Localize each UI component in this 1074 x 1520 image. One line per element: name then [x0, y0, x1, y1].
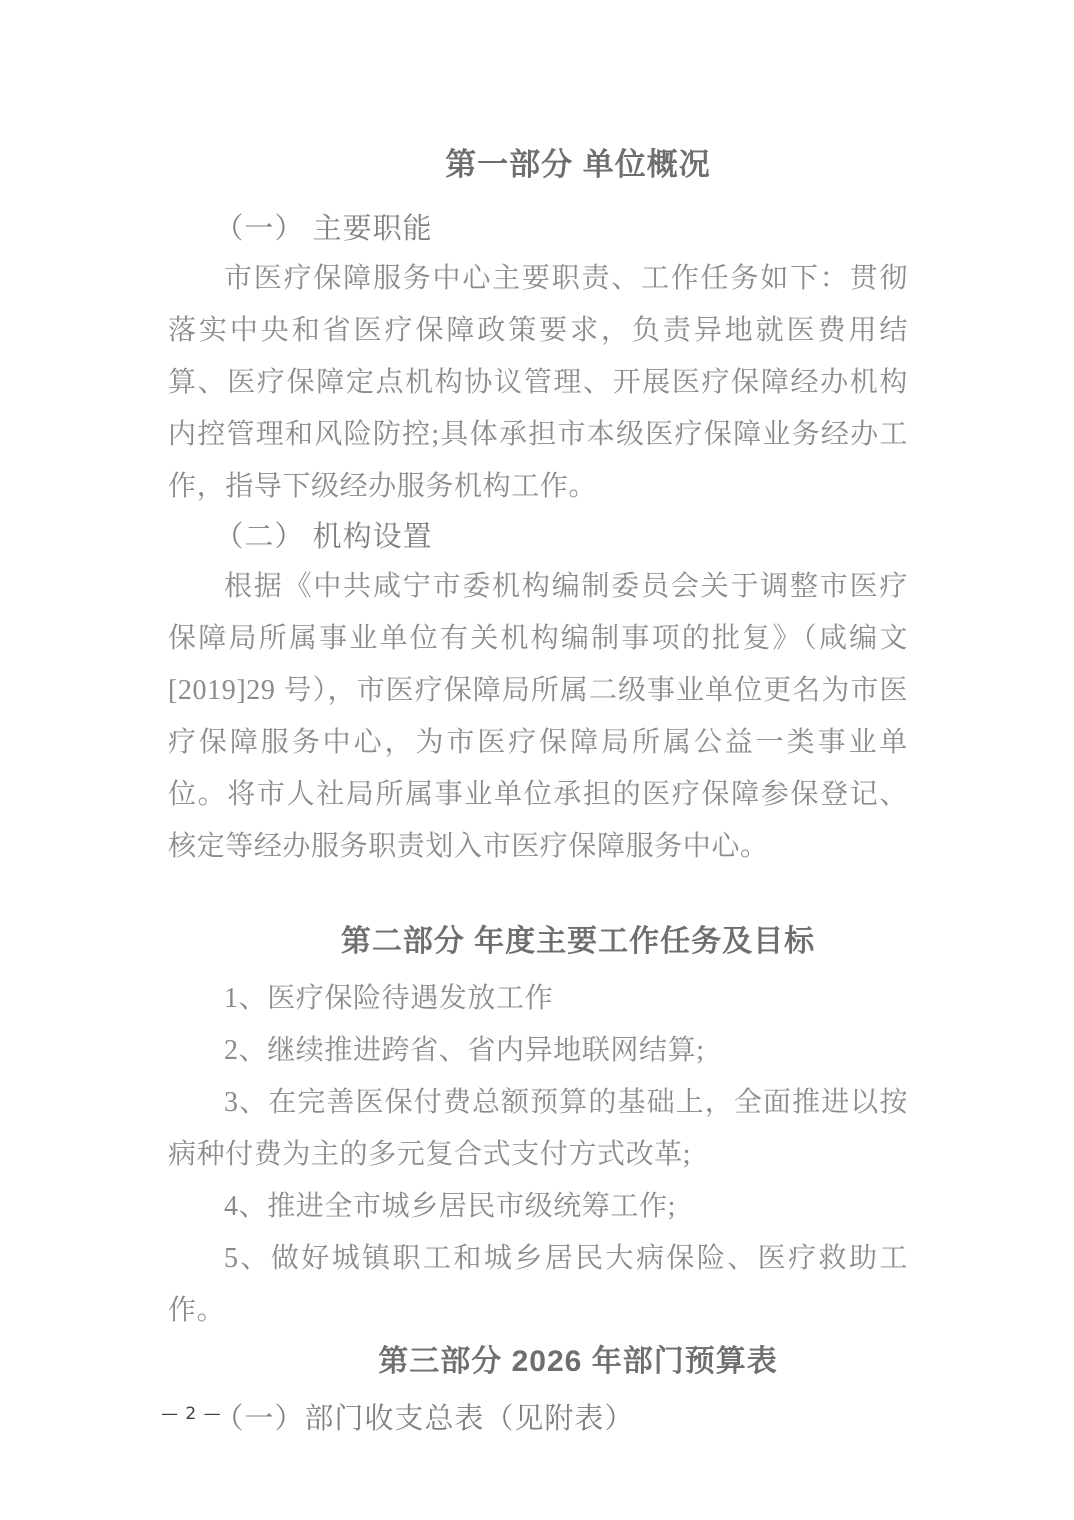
part2-title: 第二部分 年度主要工作任务及目标 [208, 919, 948, 965]
page-number: — 2 — [161, 1402, 222, 1426]
part1-section2-paragraph: 根据《中共咸宁市委机构编制委员会关于调整市医疗保障局所属事业单位有关机构编制事项… [168, 561, 908, 873]
task-item-1: 1、医疗保险待遇发放工作 [168, 973, 908, 1025]
part1-section2-heading: （二） 机构设置 [168, 513, 908, 561]
task-item-2: 2、继续推进跨省、省内异地联网结算; [168, 1025, 908, 1077]
document-content: 第一部分 单位概况 （一） 主要职能 市医疗保障服务中心主要职责、工作任务如下：… [168, 145, 908, 1443]
task-item-3: 3、在完善医保付费总额预算的基础上，全面推进以按病种付费为主的多元复合式支付方式… [168, 1077, 908, 1181]
part3-title: 第三部分 2026 年部门预算表 [208, 1339, 948, 1385]
task-item-4: 4、推进全市城乡居民市级统筹工作; [168, 1181, 908, 1233]
document-page: 第一部分 单位概况 （一） 主要职能 市医疗保障服务中心主要职责、工作任务如下：… [0, 0, 1074, 1520]
part3-section1-heading: （一）部门收支总表（见附表） [168, 1395, 908, 1443]
part1-section1-heading: （一） 主要职能 [168, 205, 908, 253]
task-item-5: 5、做好城镇职工和城乡居民大病保险、医疗救助工作。 [168, 1233, 908, 1337]
part1-title: 第一部分 单位概况 [208, 145, 948, 185]
task-list: 1、医疗保险待遇发放工作 2、继续推进跨省、省内异地联网结算; 3、在完善医保付… [168, 973, 908, 1337]
part1-section1-paragraph: 市医疗保障服务中心主要职责、工作任务如下：贯彻落实中央和省医疗保障政策要求，负责… [168, 253, 908, 513]
